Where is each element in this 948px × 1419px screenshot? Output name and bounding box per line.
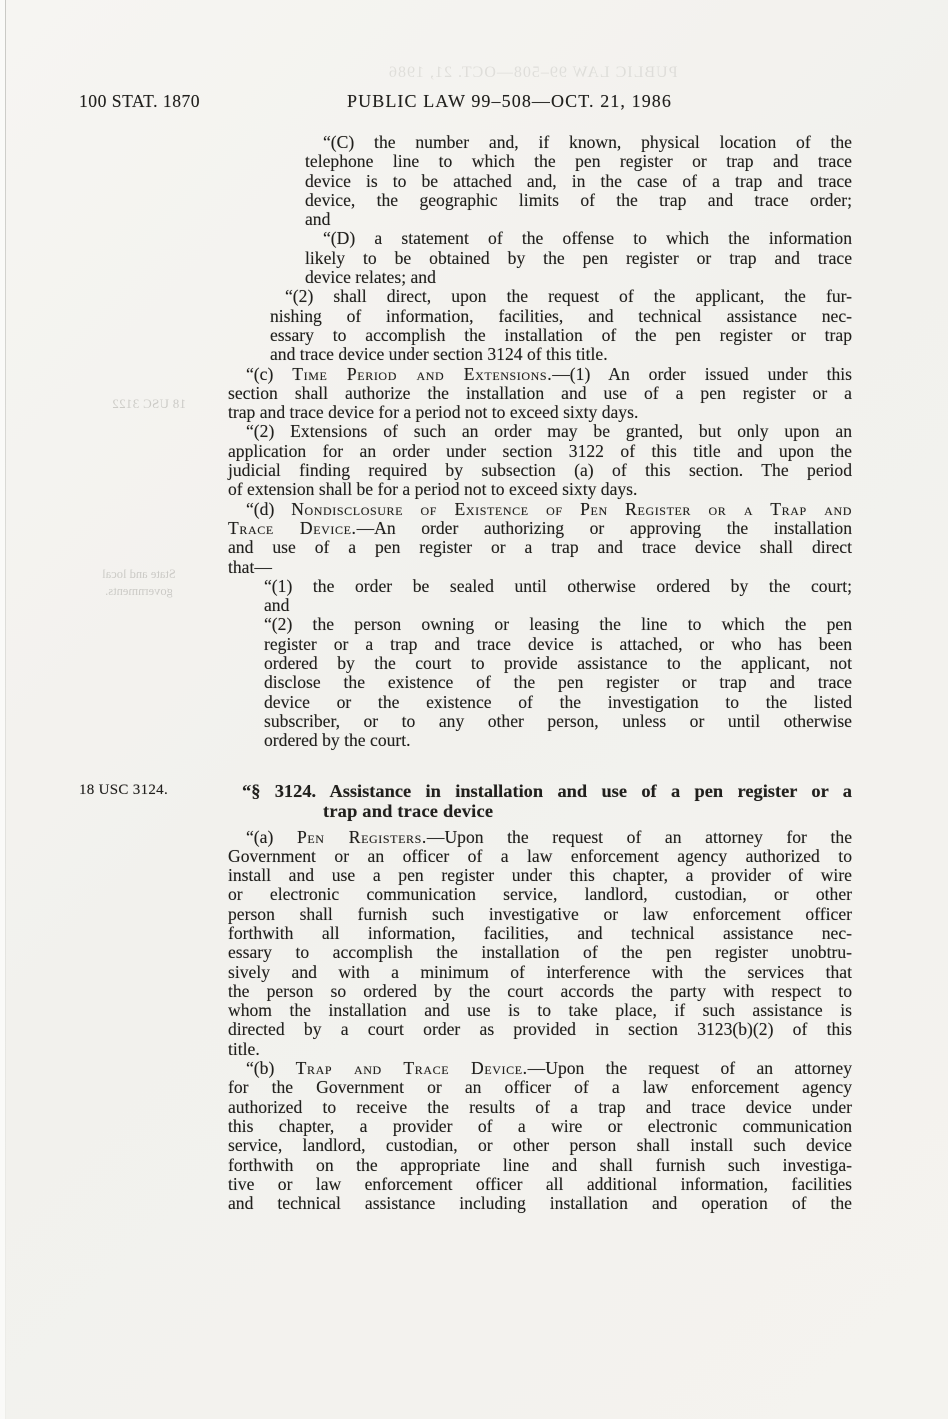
statute-paragraph: “(b) Trap and Trace Device.—Upon the req… <box>228 1059 852 1213</box>
statute-line: ordered by the court. <box>228 731 852 750</box>
statute-line: this chapter, a provider of a wire or el… <box>228 1117 852 1136</box>
statute-line: essary to accomplish the installation of… <box>228 943 852 962</box>
scanned-statute-page: PUBLIC LAW 99–508—OCT. 21, 1986 18 USC 3… <box>0 0 948 1419</box>
statute-paragraph: “(C) the number and, if known, physical … <box>228 133 852 229</box>
statute-line: device relates; and <box>228 268 852 287</box>
statute-line: directed by a court order as provided in… <box>228 1020 852 1039</box>
statute-line: essary to accomplish the installation of… <box>228 326 852 345</box>
statute-line: section shall authorize the installation… <box>228 384 852 403</box>
statute-line: authorized to receive the results of a t… <box>228 1098 852 1117</box>
statute-line: sively and with a minimum of interferenc… <box>228 963 852 982</box>
statute-line: “(2) Extensions of such an order may be … <box>228 422 852 441</box>
statute-line: “(D) a statement of the offense to which… <box>228 229 852 248</box>
bleedthrough-state-note: State and local governments. <box>94 566 184 599</box>
statute-paragraph: “(c) Time Period and Extensions.—(1) An … <box>228 365 852 423</box>
statute-line: title. <box>228 1040 852 1059</box>
statute-line: “(2) the person owning or leasing the li… <box>228 615 852 634</box>
statute-line: “(2) shall direct, upon the request of t… <box>228 287 852 306</box>
statute-line: device, the geographic limits of the tra… <box>228 191 852 210</box>
statute-line: “(C) the number and, if known, physical … <box>228 133 852 152</box>
statute-line: forthwith all information, facilities, a… <box>228 924 852 943</box>
statute-line: judicial finding required by subsection … <box>228 461 852 480</box>
statute-line: of extension shall be for a period not t… <box>228 480 852 499</box>
statute-line: person shall furnish such investigative … <box>228 905 852 924</box>
statute-line: tive or law enforcement officer all addi… <box>228 1175 852 1194</box>
statute-paragraph: “(D) a statement of the offense to which… <box>228 229 852 287</box>
statute-line: and <box>228 596 852 615</box>
statute-line: “(c) Time Period and Extensions.—(1) An … <box>228 365 852 384</box>
statute-paragraph: “(1) the order be sealed until otherwise… <box>228 577 852 616</box>
page-stat-number: 100 STAT. 1870 <box>79 91 200 112</box>
running-head-law-title: PUBLIC LAW 99–508—OCT. 21, 1986 <box>347 91 672 112</box>
statute-line: “(a) Pen Registers.—Upon the request of … <box>228 828 852 847</box>
statute-paragraph: “(a) Pen Registers.—Upon the request of … <box>228 828 852 1060</box>
statute-line: application for an order under section 3… <box>228 442 852 461</box>
statute-line: service, landlord, custodian, or other p… <box>228 1136 852 1155</box>
bleedthrough-state-note-line2: governments. <box>94 583 184 600</box>
statute-line: “(b) Trap and Trace Device.—Upon the req… <box>228 1059 852 1078</box>
bleedthrough-state-note-line1: State and local <box>94 566 184 583</box>
statute-blocks-before-heading: “(C) the number and, if known, physical … <box>228 133 852 751</box>
statute-line: trap and trace device for a period not t… <box>228 403 852 422</box>
statute-line: “(1) the order be sealed until otherwise… <box>228 577 852 596</box>
scan-edge-line <box>5 0 6 1419</box>
statute-line: and trace device under section 3124 of t… <box>228 345 852 364</box>
statute-line: Government or an officer of a law enforc… <box>228 847 852 866</box>
statute-line: device is to be attached and, in the cas… <box>228 172 852 191</box>
statute-paragraph: “(2) the person owning or leasing the li… <box>228 615 852 750</box>
statute-line: nishing of information, facilities, and … <box>228 307 852 326</box>
statute-line: and technical assistance including insta… <box>228 1194 852 1213</box>
statute-text-column: “(C) the number and, if known, physical … <box>228 133 852 1213</box>
margin-note-usc-citation: 18 USC 3124. <box>79 782 168 799</box>
section-heading: “§ 3124. Assistance in installation and … <box>228 781 852 821</box>
bleedthrough-law-title: PUBLIC LAW 99–508—OCT. 21, 1986 <box>388 64 678 82</box>
statute-line: subscriber, or to any other person, unle… <box>228 712 852 731</box>
statute-line: likely to be obtained by the pen registe… <box>228 249 852 268</box>
statute-line: whom the installation and use is to take… <box>228 1001 852 1020</box>
statute-line: or electronic communication service, lan… <box>228 885 852 904</box>
statute-line: device or the existence of the investiga… <box>228 693 852 712</box>
statute-line: “(d) Nondisclosure of Existence of Pen R… <box>228 500 852 519</box>
statute-line: and use of a pen register or a trap and … <box>228 538 852 557</box>
statute-paragraph: “(2) shall direct, upon the request of t… <box>228 287 852 364</box>
statute-line: telephone line to which the pen register… <box>228 152 852 171</box>
statute-line: for the Government or an officer of a la… <box>228 1078 852 1097</box>
statute-paragraph: “(d) Nondisclosure of Existence of Pen R… <box>228 500 852 577</box>
statute-line: register or a trap and trace device is a… <box>228 635 852 654</box>
statute-line: that— <box>228 558 852 577</box>
statute-blocks-after-heading: “(a) Pen Registers.—Upon the request of … <box>228 828 852 1214</box>
statute-line: the person so ordered by the court accor… <box>228 982 852 1001</box>
statute-line: Trace Device.—An order authorizing or ap… <box>228 519 852 538</box>
statute-line: install and use a pen register under thi… <box>228 866 852 885</box>
bleedthrough-usc-note: 18 USC 3122 <box>112 396 186 412</box>
section-heading-line2: trap and trace device <box>228 801 852 821</box>
statute-line: disclose the existence of the pen regist… <box>228 673 852 692</box>
statute-line: and <box>228 210 852 229</box>
statute-paragraph: “(2) Extensions of such an order may be … <box>228 422 852 499</box>
statute-line: ordered by the court to provide assistan… <box>228 654 852 673</box>
statute-line: forthwith on the appropriate line and sh… <box>228 1156 852 1175</box>
section-heading-line1: “§ 3124. Assistance in installation and … <box>228 781 852 801</box>
